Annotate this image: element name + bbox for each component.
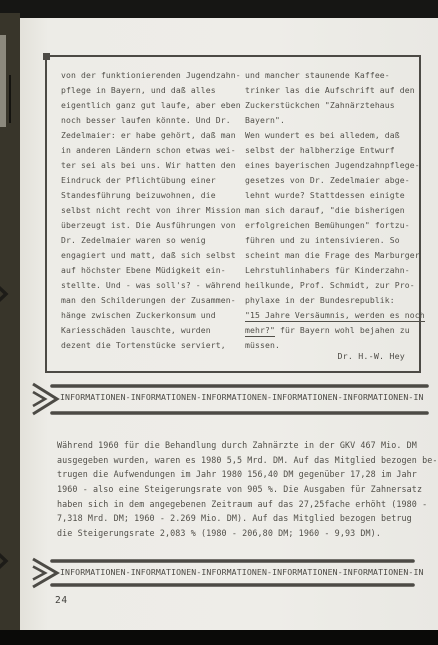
text-line: führen und zu intensivieren. So [245,233,421,248]
text-line: phylaxe in der Bundesrepublik: [245,293,421,308]
text-line: von der funktionierenden Jugendzahn- [61,68,243,83]
binding-edge-highlight [0,35,6,127]
text-line: scheint man die Frage des Marburger [245,248,421,263]
informationen-banner-top: INFORMATIONEN-INFORMATIONEN-INFORMATIONE… [26,381,438,417]
text-line: heilkunde, Prof. Schmidt, zur Pro- [245,278,421,293]
text-line: lehnt wurde? Stattdessen einigte [245,188,421,203]
page-number: 24 [55,595,68,606]
banner-label: INFORMATIONEN-INFORMATIONEN-INFORMATIONE… [60,392,432,402]
text-line: dezent die Tortenstücke serviert, [61,338,243,353]
text-line: pflege in Bayern, und daß alles [61,83,243,98]
text-line: eines bayerischen Jugendzahnpflege- [245,158,421,173]
text-segment: für Bayern wohl bejahen zu [275,325,410,335]
text-line: Zedelmaier: er habe gehört, daß man [61,128,243,143]
text-line: mehr?" für Bayern wohl bejahen zu [245,323,421,338]
text-line: Während 1960 für die Behandlung durch Za… [57,438,438,453]
text-line: ausgegeben wurden, waren es 1980 5,5 Mrd… [57,453,438,468]
text-line: Dr. Zedelmaier waren so wenig [61,233,243,248]
underlying-page-chevron-icon [0,544,16,578]
article-text-box: von der funktionierenden Jugendzahn-pfle… [45,55,421,373]
scanned-page-photo: von der funktionierenden Jugendzahn-pfle… [0,0,438,645]
text-line: 7,318 Mrd. DM; 1960 - 2.269 Mio. DM). Au… [57,511,438,526]
text-line: überzeugt ist. Die Ausführungen von [61,218,243,233]
informationen-banner-bottom: INFORMATIONEN-INFORMATIONEN-INFORMATIONE… [26,557,438,589]
text-line: Kariesschäden lauschte, wurden [61,323,243,338]
text-line: erfolgreichen Bemühungen" fortzu- [245,218,421,233]
text-line: ter sei als bei uns. Wir hatten den [61,158,243,173]
text-line: stellte. Und - was soll's? - während [61,278,243,293]
text-line: haben sich in dem angegebenen Zeitraum a… [57,497,438,512]
statistics-paragraph: Während 1960 für die Behandlung durch Za… [57,438,438,541]
text-line: man den Schilderungen der Zusammen- [61,293,243,308]
photo-bottom-band [0,630,438,645]
text-line: Standesführung beizuwohnen, die [61,188,243,203]
text-line: hänge zwischen Zuckerkonsum und [61,308,243,323]
text-line: selbst nicht recht von ihrer Mission [61,203,243,218]
underlined-text: mehr?" [245,325,275,337]
binding-edge-line [9,75,11,123]
text-line: "15 Jahre Versäumnis, werden es noch [245,308,421,323]
author-signature: Dr. H.-W. Hey [337,351,405,361]
article-column-right: und mancher staunende Kaffee-trinker las… [245,68,421,353]
text-line: die Steigerungsrate 2,083 % (1980 - 206,… [57,526,438,541]
text-line: Lehrstuhlinhabers für Kinderzahn- [245,263,421,278]
text-line: selbst der halbherzige Entwurf [245,143,421,158]
text-line: auf höchster Ebene Müdigkeit ein- [61,263,243,278]
underlying-page-chevron-icon [0,277,16,311]
text-line: engagiert und matt, daß sich selbst [61,248,243,263]
underlined-text: "15 Jahre Versäumnis, werden es noch [245,310,425,322]
text-line: 1960 - also eine Steigerungsrate von 905… [57,482,438,497]
banner-label: INFORMATIONEN-INFORMATIONEN-INFORMATIONE… [60,567,432,577]
text-line: und mancher staunende Kaffee- [245,68,421,83]
text-line: noch besser laufen könnte. Und Dr. [61,113,243,128]
page-edge-strip [0,13,20,630]
article-column-left: von der funktionierenden Jugendzahn-pfle… [61,68,243,353]
text-line: in anderen Ländern schon etwas wei- [61,143,243,158]
text-line: Wen wundert es bei alledem, daß [245,128,421,143]
text-line: eigentlich ganz gut laufe, aber eben [61,98,243,113]
text-line: trugen die Aufwendungen im Jahr 1980 156… [57,467,438,482]
text-line: man sich darauf, "die bisherigen [245,203,421,218]
magazine-page: von der funktionierenden Jugendzahn-pfle… [20,18,438,630]
text-line: gesetzes von Dr. Zedelmaier abge- [245,173,421,188]
text-line: Eindruck der Pflichtübung einer [61,173,243,188]
text-line: Zuckerstückchen "Zahnärztehaus [245,98,421,113]
text-line: Bayern". [245,113,421,128]
text-line: trinker las die Aufschrift auf den [245,83,421,98]
